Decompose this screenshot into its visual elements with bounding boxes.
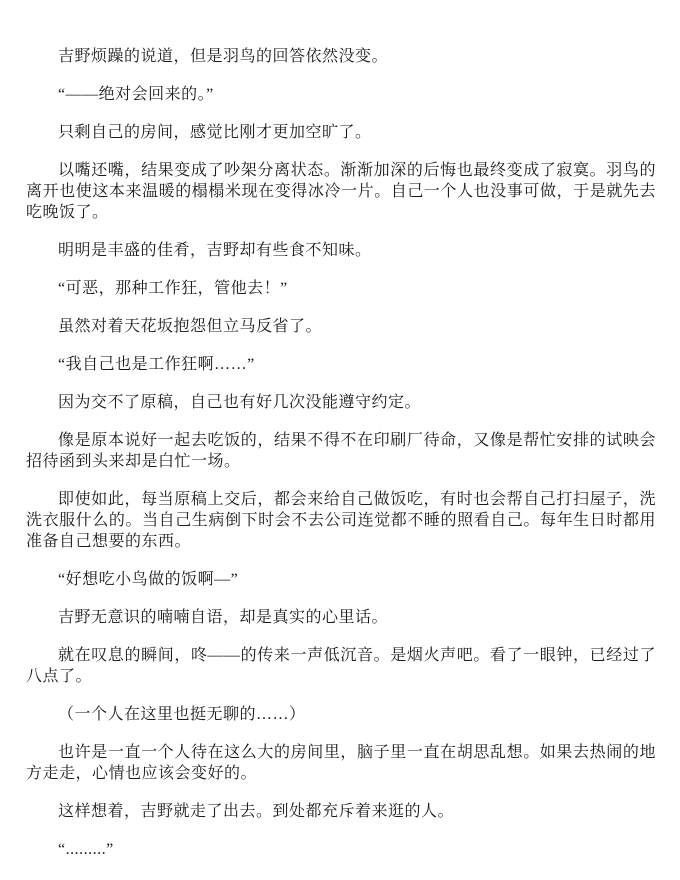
dialogue-paragraph: “我自己也是工作狂啊……” [26,354,656,375]
paragraph: 也许是一直一个人待在这么大的房间里，脑子里一直在胡思乱想。如果去热闹的地方走走，… [26,742,656,784]
paragraph: 以嘴还嘴，结果变成了吵架分离状态。渐渐加深的后悔也最终变成了寂寞。羽鸟的离开也使… [26,160,656,223]
dialogue-paragraph: “可恶，那种工作狂，管他去！” [26,278,656,299]
paragraph: 就在叹息的瞬间，咚——的传来一声低沉音。是烟火声吧。看了一眼钟，已经过了八点了。 [26,645,656,687]
thought-paragraph: （一个人在这里也挺无聊的……） [26,704,656,725]
novel-text-page: 吉野烦躁的说道，但是羽鸟的回答依然没变。 “——绝对会回来的。” 只剩自己的房间… [0,0,680,880]
paragraph: 吉野无意识的喃喃自语，却是真实的心里话。 [26,607,656,628]
paragraph: 虽然对着天花坂抱怨但立马反省了。 [26,316,656,337]
paragraph: 吉野烦躁的说道，但是羽鸟的回答依然没变。 [26,46,656,67]
paragraph: 明明是丰盛的佳肴，吉野却有些食不知味。 [26,240,656,261]
paragraph: 像是原本说好一起去吃饭的，结果不得不在印刷厂待命，又像是帮忙安排的试映会招待函到… [26,430,656,472]
paragraph: 即使如此，每当原稿上交后，都会来给自己做饭吃，有时也会帮自己打扫屋子，洗洗衣服什… [26,489,656,552]
paragraph: 只剩自己的房间，感觉比刚才更加空旷了。 [26,122,656,143]
paragraph: 这样想着，吉野就走了出去。到处都充斥着来逛的人。 [26,801,656,822]
dialogue-paragraph: “好想吃小鸟做的饭啊—” [26,569,656,590]
dialogue-paragraph: “.........” [26,839,656,860]
paragraph: 因为交不了原稿，自己也有好几次没能遵守约定。 [26,392,656,413]
dialogue-paragraph: “——绝对会回来的。” [26,84,656,105]
